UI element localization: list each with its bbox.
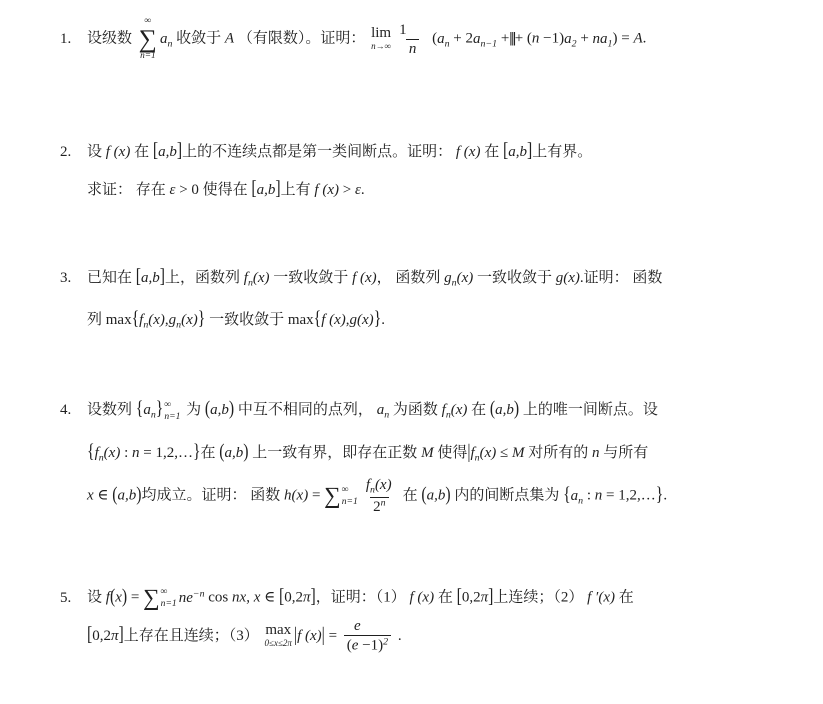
math-delimiter: } xyxy=(156,385,164,433)
text-run: ∈ xyxy=(260,590,279,606)
text-run: ) = xyxy=(612,31,633,47)
math-var-subscript: na1 xyxy=(593,31,613,47)
text-run: 上一致有界，即存在正数 xyxy=(249,445,422,461)
text-run: + ( xyxy=(515,31,532,47)
math-delimiter: [ xyxy=(136,252,141,300)
math-delimiter: ) xyxy=(229,385,234,433)
text-run: −1) xyxy=(539,31,564,47)
text-run: 在 xyxy=(130,144,153,160)
math-variable: (x) xyxy=(104,445,121,461)
text-run: 已知在 xyxy=(87,270,136,286)
text-run: = xyxy=(325,628,341,644)
math-var-subscript: fn xyxy=(442,402,451,418)
problem-line: 求证： 存在 ε > 0 使得在 [a,b]上有 f (x) > ε. xyxy=(60,171,805,209)
math-variable: f (x) xyxy=(352,270,377,286)
math-limits: ∞n=1 xyxy=(161,586,177,610)
math-base: na xyxy=(593,31,608,47)
limit-operator: max0≤x≤2π xyxy=(265,623,292,649)
math-variable: nx xyxy=(232,590,246,606)
text-run: 在 xyxy=(615,590,634,606)
text-run: 在 xyxy=(434,590,457,606)
text-run: 上有界。 xyxy=(532,144,592,160)
math-variable: M xyxy=(421,445,434,461)
math-variable: f ′(x) xyxy=(587,590,615,606)
text-run: ≤ xyxy=(496,445,512,461)
math-variable: a,b xyxy=(158,144,177,160)
math-variable: (x) xyxy=(181,312,198,328)
text-run: 设 xyxy=(87,144,106,160)
math-delimiter: [ xyxy=(251,164,256,212)
text-run: . xyxy=(394,628,402,644)
text-run: 上，函数列 xyxy=(165,270,244,286)
numerator: 1 xyxy=(396,21,429,39)
problem-5: 5.设 f(x) = ∑∞n=1ne−n cos nx, x ∈ [0,2π]，… xyxy=(60,575,805,655)
text-run: 设 xyxy=(87,590,106,606)
text-run: 1 xyxy=(399,22,407,38)
math-variable: π xyxy=(111,628,119,644)
text-run: 在 xyxy=(399,488,422,504)
problem-line: [0,2π]上存在且连续；（3） max0≤x≤2π|f (x)| = e(e … xyxy=(60,617,805,655)
numerator: e xyxy=(351,617,384,635)
math-delimiter: ( xyxy=(490,385,495,433)
math-variable: A xyxy=(633,31,642,47)
math-delimiter: { xyxy=(87,427,95,475)
text-run: 求证： 存在 xyxy=(87,182,170,198)
math-base: a xyxy=(143,402,151,418)
math-delimiter: ( xyxy=(421,470,426,518)
math-base: ne xyxy=(179,590,193,606)
text-run: ， 函数列 xyxy=(377,270,445,286)
math-variable: a,b xyxy=(141,270,160,286)
math-delimiter: ( xyxy=(205,385,210,433)
fraction: fn(x)2n xyxy=(363,476,396,516)
math-variable: f (x) xyxy=(321,312,346,328)
problem-line: x ∈ (a,b)均成立。证明： 函数 h(x) = ∑∞n=1fn(x)2n … xyxy=(60,476,805,519)
math-delimiter: } xyxy=(193,427,201,475)
math-var-subscript: an−1 xyxy=(473,31,497,47)
text-run: 在 xyxy=(467,402,490,418)
text-run: + xyxy=(577,31,593,47)
text-run: 0,2 xyxy=(462,590,481,606)
math-delimiter: ] xyxy=(119,610,124,658)
math-variable: (x) xyxy=(451,402,468,418)
upper-limit: ∞ xyxy=(164,399,171,411)
text-run: = 1,2,… xyxy=(602,488,655,504)
math-var-superscript: ne−n xyxy=(179,590,205,606)
math-delimiter: ] xyxy=(488,572,493,620)
math-var-subscript: gn xyxy=(169,312,181,328)
math-delimiter: [ xyxy=(503,126,508,174)
math-limits: ∞n=1 xyxy=(164,399,180,423)
text-run: 上的不连续点都是第一类间断点。证明： xyxy=(182,144,456,160)
math-delimiter: [ xyxy=(457,572,462,620)
operator-word: max xyxy=(265,623,291,638)
text-run: 上存在且连续；（3） xyxy=(124,628,263,644)
math-delimiter: { xyxy=(136,385,144,433)
fraction: 1n xyxy=(396,21,429,58)
text-run: 为 xyxy=(182,402,205,418)
math-variable: A xyxy=(225,31,234,47)
math-variable: (x) xyxy=(253,270,270,286)
text-run: 设级数 xyxy=(87,31,136,47)
math-delimiter: { xyxy=(132,295,140,343)
math-variable: (x) xyxy=(457,270,474,286)
math-var-subscript: gn xyxy=(444,270,456,286)
problem-4: 4.设数列 {an}∞n=1 为 (a,b) 中互不相同的点列， an 为函数 … xyxy=(60,391,805,519)
summation-symbol: ∑ xyxy=(324,486,341,507)
math-delimiter: ) xyxy=(136,470,141,518)
lower-limit: 0≤x≤2π xyxy=(265,638,292,649)
summation-with-limits: ∞∑n=1 xyxy=(139,16,157,63)
math-delimiter: { xyxy=(563,470,571,518)
math-variable: f (x) xyxy=(106,144,131,160)
math-base: a xyxy=(437,31,445,47)
text-run: . xyxy=(361,182,365,198)
text-run: 中互不相同的点列， xyxy=(234,402,377,418)
math-delimiter: ) xyxy=(243,427,248,475)
text-run: + 2 xyxy=(450,31,473,47)
math-var-subscript: an xyxy=(437,31,449,47)
math-delimiter: [ xyxy=(279,572,284,620)
text-run: . xyxy=(663,488,667,504)
text-run: 在 xyxy=(480,144,503,160)
problem-line: 1.设级数 ∞∑n=1an 收敛于 A （有限数）。证明： limn→∞1n(a… xyxy=(60,16,805,63)
text-run: （有限数）。证明： xyxy=(234,31,369,47)
text-run: = xyxy=(308,488,324,504)
math-variable: n xyxy=(592,445,600,461)
lower-limit: n→∞ xyxy=(371,41,391,52)
text-run: . xyxy=(643,31,647,47)
math-variable: (x) xyxy=(375,477,392,493)
problem-3: 3.已知在 [a,b]上，函数列 fn(x) 一致收敛于 f (x)， 函数列 … xyxy=(60,259,805,344)
math-delimiter: | xyxy=(294,610,297,658)
text-run: .证明： 函数 xyxy=(580,270,663,286)
math-variable: x xyxy=(115,590,122,606)
math-variable: π xyxy=(481,590,489,606)
text-run: cos xyxy=(205,590,233,606)
problem-line: 2.设 f (x) 在 [a,b]上的不连续点都是第一类间断点。证明： f (x… xyxy=(60,133,805,171)
math-var-subscript: an xyxy=(143,402,155,418)
problem-line: {fn(x) : n = 1,2,…}在 (a,b) 上一致有界，即存在正数 M… xyxy=(60,434,805,476)
text-run: 上连续；（2） xyxy=(493,590,587,606)
text-run: . xyxy=(381,312,385,328)
text-run: ，证明：（1） xyxy=(316,590,410,606)
math-base: a xyxy=(473,31,481,47)
text-run: > xyxy=(339,182,355,198)
math-delimiter: } xyxy=(656,470,664,518)
math-variable: g(x) xyxy=(350,312,374,328)
problem-number: 4. xyxy=(60,392,87,429)
text-run: 内的间断点集为 xyxy=(451,488,564,504)
math-base: g xyxy=(444,270,452,286)
subscript: n−1 xyxy=(481,38,498,49)
text-run: 一致收敛于 xyxy=(270,270,353,286)
text-run: 0,2 xyxy=(284,590,303,606)
problem-line: 5.设 f(x) = ∑∞n=1ne−n cos nx, x ∈ [0,2π]，… xyxy=(60,575,805,616)
text-run: = 1,2,… xyxy=(140,445,193,461)
upper-limit: ∞ xyxy=(342,484,349,496)
math-var-subscript: an xyxy=(377,402,389,418)
problem-line: 3.已知在 [a,b]上，函数列 fn(x) 一致收敛于 f (x)， 函数列 … xyxy=(60,259,805,301)
lower-limit: n=1 xyxy=(342,496,358,508)
text-run: > 0 使得在 xyxy=(175,182,251,198)
math-delimiter: ] xyxy=(160,252,165,300)
fraction: e(e −1)2 xyxy=(344,617,391,654)
math-delimiter: [ xyxy=(153,126,158,174)
denominator: (e −1)2 xyxy=(344,635,391,654)
math-delimiter: } xyxy=(198,295,206,343)
problem-number: 3. xyxy=(60,260,87,297)
text-run: 设数列 xyxy=(87,402,136,418)
superscript: −n xyxy=(193,588,205,599)
math-var-subscript: an xyxy=(571,488,583,504)
text-run: + xyxy=(497,31,509,47)
math-delimiter: ) xyxy=(445,470,450,518)
math-variable: (x) xyxy=(480,445,497,461)
math-limits: ∞n=1 xyxy=(342,484,358,508)
denominator: n xyxy=(406,39,420,58)
problem-1: 1.设级数 ∞∑n=1an 收敛于 A （有限数）。证明： limn→∞1n(a… xyxy=(60,16,805,63)
math-variable: a,b xyxy=(257,182,276,198)
math-variable: a,b xyxy=(508,144,527,160)
math-var-subscript: an xyxy=(160,31,172,47)
limit-operator: limn→∞ xyxy=(371,26,391,52)
math-variable: a,b xyxy=(210,402,229,418)
math-superscript: 2 xyxy=(383,638,388,654)
numerator: fn(x) xyxy=(363,476,396,496)
text-run: 为函数 xyxy=(389,402,442,418)
text-run: , xyxy=(246,590,254,606)
superscript: n xyxy=(381,498,386,509)
sigma-glyph: ∑ xyxy=(139,27,157,51)
document-page: 1.设级数 ∞∑n=1an 收敛于 A （有限数）。证明： limn→∞1n(a… xyxy=(0,0,823,655)
text-run: 上的唯一间断点。设 xyxy=(519,402,658,418)
math-variable: n xyxy=(409,41,417,57)
denominator: 2n xyxy=(370,497,388,516)
text-run: 列 max xyxy=(87,312,132,328)
math-delimiter: ] xyxy=(527,126,532,174)
math-var-subscript: fn xyxy=(244,270,253,286)
math-variable: f (x) xyxy=(456,144,481,160)
math-var-subscript: fn xyxy=(366,477,375,493)
math-variable: a,b xyxy=(225,445,244,461)
math-var-subscript: fn xyxy=(95,445,104,461)
lower-limit: n=1 xyxy=(164,411,180,423)
text-run: 对所有的 xyxy=(524,445,592,461)
text-run: 0,2 xyxy=(92,628,111,644)
math-variable: (x) xyxy=(148,312,165,328)
math-variable: f (x) xyxy=(410,590,435,606)
math-delimiter: ] xyxy=(177,126,182,174)
math-delimiter: { xyxy=(314,295,322,343)
summation-symbol: ∑ xyxy=(143,588,160,609)
math-variable: a,b xyxy=(118,488,137,504)
math-superscript: 2n xyxy=(373,499,385,515)
text-run: 使得 xyxy=(434,445,468,461)
text-run: 一致收敛于 xyxy=(473,270,556,286)
math-base: 2 xyxy=(373,499,381,515)
math-delimiter: ( xyxy=(112,470,117,518)
text-run: 与所有 xyxy=(600,445,649,461)
text-run: ∈ xyxy=(94,488,113,504)
math-base: a xyxy=(564,31,572,47)
problem-line: 4.设数列 {an}∞n=1 为 (a,b) 中互不相同的点列， an 为函数 … xyxy=(60,391,805,433)
math-variable: x xyxy=(87,488,94,504)
text-run: 上有 xyxy=(281,182,315,198)
math-var-subscript: fn xyxy=(139,312,148,328)
problem-number: 2. xyxy=(60,134,87,171)
problem-number: 5. xyxy=(60,580,87,617)
text-run: 一致收敛于 max xyxy=(205,312,313,328)
lower-limit: n=1 xyxy=(140,51,156,62)
problem-number: 1. xyxy=(60,21,87,58)
math-variable: h(x) xyxy=(284,488,308,504)
text-run: 收敛于 xyxy=(172,31,225,47)
math-delimiter: ( xyxy=(110,572,115,620)
math-delimiter: [ xyxy=(87,610,92,658)
math-delimiter: ] xyxy=(275,164,280,212)
math-variable: f (x) xyxy=(314,182,339,198)
text-run: 均成立。证明： 函数 xyxy=(142,488,285,504)
superscript: 2 xyxy=(383,636,388,647)
math-delimiter: ) xyxy=(514,385,519,433)
math-variable: f (x) xyxy=(297,628,322,644)
text-run: 在 xyxy=(201,445,220,461)
math-variable: π xyxy=(303,590,311,606)
math-delimiter: | xyxy=(467,427,470,475)
math-delimiter: } xyxy=(374,295,382,343)
math-variable: M xyxy=(512,445,525,461)
math-var-subscript: a2 xyxy=(564,31,576,47)
math-variable: g(x) xyxy=(556,270,580,286)
upper-limit: ∞ xyxy=(161,586,168,598)
problem-line: 列 max{fn(x),gn(x)} 一致收敛于 max{f (x),g(x)}… xyxy=(60,301,805,343)
math-variable: a,b xyxy=(495,402,514,418)
math-var-subscript: fn xyxy=(470,445,479,461)
text-run: : xyxy=(120,445,132,461)
text-run: = xyxy=(127,590,143,606)
text-run: −1) xyxy=(358,638,383,654)
math-variable: e xyxy=(354,618,361,634)
operator-word: lim xyxy=(371,26,391,41)
problem-2: 2.设 f (x) 在 [a,b]上的不连续点都是第一类间断点。证明： f (x… xyxy=(60,133,805,209)
text-run: : xyxy=(583,488,595,504)
math-delimiter: ] xyxy=(310,572,315,620)
math-variable: a,b xyxy=(427,488,446,504)
math-variable: n xyxy=(132,445,140,461)
math-delimiter: | xyxy=(322,610,325,658)
lower-limit: n=1 xyxy=(161,598,177,610)
math-delimiter: ( xyxy=(219,427,224,475)
